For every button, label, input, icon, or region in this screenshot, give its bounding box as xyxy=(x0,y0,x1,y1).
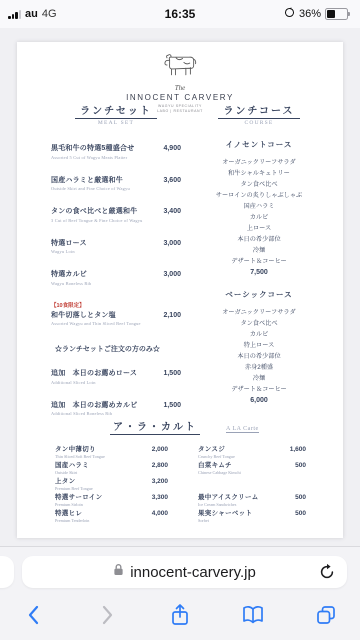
course-item: 特上ロース xyxy=(200,340,318,351)
menu-item: 上タン3,200 Premium Beef Tongue xyxy=(55,476,168,492)
item-name-jp: タンスジ xyxy=(198,444,225,453)
course-item: 和牛シャルキュトリー xyxy=(200,168,318,179)
menu-item: 国産ハラミと厳選和牛3,600 Outside Skirt and Fine C… xyxy=(51,175,181,192)
forward-button[interactable] xyxy=(95,603,119,627)
menu-item: 果実シャーベット500 Sorbet xyxy=(198,508,306,524)
menu-item: 特選カルビ3,000 Wagyu Boneless Rib xyxy=(51,269,181,286)
item-name-jp: 特選ロース xyxy=(51,238,87,248)
item-name-en: Wagyu Boneless Rib xyxy=(51,281,181,286)
course-item: デザート＆コーヒー xyxy=(200,256,318,267)
course-price: 7,500 xyxy=(200,269,318,276)
menu-item: タンの食べ比べと厳選和牛3,400 3 Cut of Beef Tongue &… xyxy=(51,206,181,223)
item-price: 3,200 xyxy=(152,478,168,485)
course-name: ベーシックコース xyxy=(200,289,318,300)
reload-button[interactable] xyxy=(318,563,336,581)
menu-item-extra: 追加 本日のお薦めカルビ1,500 Additional Sliced Bone… xyxy=(51,400,181,417)
course-name: イノセントコース xyxy=(200,139,318,150)
meal-set-subtitle: MEAL SET xyxy=(51,120,181,126)
course-item: 本日の希少部位 xyxy=(200,234,318,245)
item-name-jp: 特選カルビ xyxy=(51,269,87,279)
course-item: タン食べ比べ xyxy=(200,179,318,190)
menu-image: The INNOCENT CARVERY WAGYU SPECIALITY LA… xyxy=(17,42,343,538)
course-item: 本日の希少部位 xyxy=(200,351,318,362)
item-price: 4,900 xyxy=(163,145,181,152)
course-item: 上ロース xyxy=(200,223,318,234)
menu-item: 白菜キムチ500 Chinese Cabbage Kimchi xyxy=(198,460,306,476)
menu-item: タン中薄切り2,000 Thin Sliced Soft Beef Tongue xyxy=(55,444,168,460)
network-type-label: 4G xyxy=(42,8,57,20)
course-item: オーガニックリーフサラダ xyxy=(200,157,318,168)
menu-item-limited: 【10食限定】 和牛切落しとタン塩2,100 Assorted Wagyu an… xyxy=(51,301,181,327)
course-item: サーロインの炙りしゃぶしゃぶ xyxy=(200,190,318,201)
bookmarks-button[interactable] xyxy=(241,603,265,627)
item-name-jp: 国産ハラミ xyxy=(55,460,89,469)
menu-item: 最中アイスクリーム500 Ice Cream Sandwiches xyxy=(198,492,306,508)
item-name-jp: 果実シャーベット xyxy=(198,508,252,517)
course-section: ランチコース COURSE イノセントコース オーガニックリーフサラダ 和牛シャ… xyxy=(200,101,318,404)
meal-set-title: ランチセット xyxy=(75,102,157,119)
item-price: 1,500 xyxy=(163,370,181,377)
item-price: 3,300 xyxy=(152,494,168,501)
item-name-en: Additional Sliced Loin xyxy=(51,380,181,385)
item-price: 500 xyxy=(295,510,306,517)
menu-item: 特選サーロイン3,300 Premium Sirloin xyxy=(55,492,168,508)
menu-item: 国産ハラミ2,800 Outside Skirt xyxy=(55,460,168,476)
safari-toolbar xyxy=(0,603,360,627)
item-price: 3,000 xyxy=(163,271,181,278)
item-name-en: Premium Sirloin xyxy=(55,502,168,507)
meal-set-section: ランチセット MEAL SET 黒毛和牛の特選5種盛合せ4,900 Assort… xyxy=(51,101,181,431)
limited-badge: 【10食限定】 xyxy=(51,301,181,309)
signal-strength-icon xyxy=(8,9,21,19)
course-title: ランチコース xyxy=(218,102,299,119)
item-name-en: Premium Beef Tongue xyxy=(55,486,168,491)
course-item: カルビ xyxy=(200,212,318,223)
item-price: 1,500 xyxy=(163,402,181,409)
a-la-carte-subtitle: A LA Carte xyxy=(226,426,259,433)
item-name-en: Sorbet xyxy=(198,518,306,523)
carrier-label: au xyxy=(25,8,38,20)
course-item: 冷麺 xyxy=(200,373,318,384)
tls-lock-icon xyxy=(113,563,124,581)
battery-percent-label: 36% xyxy=(299,8,321,20)
innocent-course: イノセントコース オーガニックリーフサラダ 和牛シャルキュトリー タン食べ比べ … xyxy=(200,139,318,276)
item-price: 4,000 xyxy=(152,510,168,517)
adjacent-tab-edge[interactable] xyxy=(0,556,14,588)
tabs-button[interactable] xyxy=(314,603,338,627)
item-price: 3,400 xyxy=(163,208,181,215)
item-name-en: Thin Sliced Soft Beef Tongue xyxy=(55,454,168,459)
item-name-jp: 上タン xyxy=(55,476,75,485)
item-name-jp: 最中アイスクリーム xyxy=(198,492,259,501)
basic-course: ベーシックコース オーガニックリーフサラダ タン食べ比べ カルビ 特上ロース 本… xyxy=(200,289,318,404)
set-order-notice: ☆ランチセットご注文の方のみ☆ xyxy=(55,344,181,354)
item-name-jp: 特選サーロイン xyxy=(55,492,102,501)
course-item: タン食べ比べ xyxy=(200,318,318,329)
course-item: 赤身2種盛 xyxy=(200,362,318,373)
item-price: 500 xyxy=(295,494,306,501)
menu-item: 黒毛和牛の特選5種盛合せ4,900 Assorted 5 Cut of Wagy… xyxy=(51,143,181,160)
menu-item: タンスジ1,600 Crunchy Beef Tongue xyxy=(198,444,306,460)
menu-item-extra: 追加 本日のお薦めロース1,500 Additional Sliced Loin xyxy=(51,368,181,385)
item-price: 3,600 xyxy=(163,177,181,184)
item-name-jp: 追加 本日のお薦めカルビ xyxy=(51,400,137,410)
logo-the-text: The xyxy=(17,84,343,92)
rotation-lock-icon xyxy=(284,7,295,21)
a-la-carte-title: ア・ラ・カルト xyxy=(110,418,200,435)
item-name-jp: 追加 本日のお薦めロース xyxy=(51,368,137,378)
course-item: 冷麺 xyxy=(200,245,318,256)
item-name-en: Outside Skirt xyxy=(55,470,168,475)
item-name-en: Premium Tenderloin xyxy=(55,518,168,523)
item-name-jp: 和牛切落しとタン塩 xyxy=(51,310,116,320)
item-name-en: Chinese Cabbage Kimchi xyxy=(198,470,306,475)
course-item: カルビ xyxy=(200,329,318,340)
safari-bottom-bar: innocent-carvery.jp xyxy=(0,546,360,640)
item-name-en: 3 Cut of Beef Tongue & Fine Choice of Wa… xyxy=(51,218,181,223)
course-item: オーガニックリーフサラダ xyxy=(200,307,318,318)
item-name-en: Wagyu Loin xyxy=(51,249,181,254)
address-bar[interactable]: innocent-carvery.jp xyxy=(22,556,347,588)
item-name-jp: タン中薄切り xyxy=(55,444,96,453)
back-button[interactable] xyxy=(22,603,46,627)
battery-icon xyxy=(325,8,348,20)
item-price: 500 xyxy=(295,462,306,469)
item-name-en: Assorted 5 Cut of Wagyu Meats Platter xyxy=(51,155,181,160)
item-name-jp: タンの食べ比べと厳選和牛 xyxy=(51,206,137,216)
item-price: 3,000 xyxy=(163,240,181,247)
item-name-jp: 国産ハラミと厳選和牛 xyxy=(51,175,123,185)
item-name-en: Ice Cream Sandwiches xyxy=(198,502,306,507)
a-la-carte-section: ア・ラ・カルト A LA Carte タン中薄切り2,000 Thin Slic… xyxy=(17,418,343,524)
item-name-en: Additional Sliced Boneless Rib xyxy=(51,411,181,416)
item-name-en: Outside Skirt and Fine Choice of Wagyu xyxy=(51,186,181,191)
item-price: 1,600 xyxy=(290,446,306,453)
course-item: 国産ハラミ xyxy=(200,201,318,212)
status-bar: au 4G 16:35 36% xyxy=(0,0,360,28)
item-name-jp: 特選ヒレ xyxy=(55,508,82,517)
cow-illustration-icon xyxy=(160,52,200,78)
item-price: 2,100 xyxy=(163,312,181,319)
item-name-en: Crunchy Beef Tongue xyxy=(198,454,306,459)
menu-item: 特選ヒレ4,000 Premium Tenderloin xyxy=(55,508,168,524)
spacer xyxy=(198,476,306,492)
item-price: 2,000 xyxy=(152,446,168,453)
item-price: 2,800 xyxy=(152,462,168,469)
course-item: デザート＆コーヒー xyxy=(200,384,318,395)
course-subtitle: COURSE xyxy=(200,120,318,126)
item-name-en: Assorted Wagyu and Thin Sliced Beef Tong… xyxy=(51,321,181,326)
share-button[interactable] xyxy=(168,603,192,627)
url-text: innocent-carvery.jp xyxy=(130,564,256,581)
menu-item: 特選ロース3,000 Wagyu Loin xyxy=(51,238,181,255)
course-price: 6,000 xyxy=(200,397,318,404)
item-name-jp: 白菜キムチ xyxy=(198,460,232,469)
item-name-jp: 黒毛和牛の特選5種盛合せ xyxy=(51,143,134,153)
